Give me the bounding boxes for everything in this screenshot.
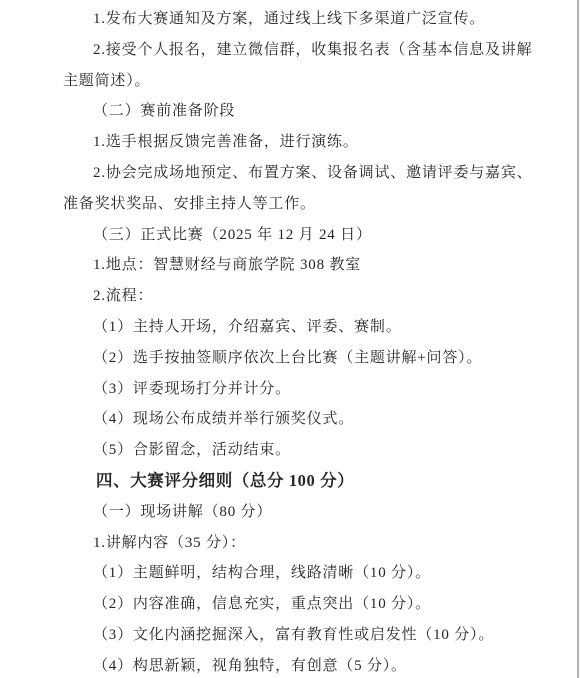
page-edge-line <box>577 0 579 678</box>
paragraph: 1.选手根据反馈完善准备，进行演练。 <box>63 127 541 158</box>
section-heading: 四、大赛评分细则（总分 100 分） <box>63 466 541 497</box>
paragraph: （4）构思新颖，视角独特，有创意（5 分）。 <box>63 651 541 678</box>
paragraph: 2.流程： <box>63 281 541 312</box>
paragraph: （1）主题鲜明，结构合理，线路清晰（10 分）。 <box>63 558 541 589</box>
paragraph: （4）现场公布成绩并举行颁奖仪式。 <box>63 404 541 435</box>
paragraph: （三）正式比赛（2025 年 12 月 24 日） <box>63 220 541 251</box>
paragraph: （二）赛前准备阶段 <box>63 96 541 127</box>
paragraph: （5）合影留念，活动结束。 <box>63 435 541 466</box>
paragraph: 2.协会完成场地预定、布置方案、设备调试、邀请评委与嘉宾、准备奖状奖品、安排主持… <box>63 158 541 220</box>
paragraph: 2.接受个人报名，建立微信群，收集报名表（含基本信息及讲解主题简述）。 <box>63 35 541 97</box>
paragraph: （3）评委现场打分并计分。 <box>63 374 541 405</box>
paragraph: 1.地点：智慧财经与商旅学院 308 教室 <box>63 250 541 281</box>
paragraph: （2）选手按抽签顺序依次上台比赛（主题讲解+问答）。 <box>63 343 541 374</box>
paragraph: （2）内容准确，信息充实，重点突出（10 分）。 <box>63 589 541 620</box>
paragraph: 1.讲解内容（35 分）： <box>63 528 541 559</box>
document-body: 1.发布大赛通知及方案，通过线上线下多渠道广泛宣传。 2.接受个人报名，建立微信… <box>63 4 541 678</box>
paragraph: （3）文化内涵挖掘深入，富有教育性或启发性（10 分）。 <box>63 620 541 651</box>
paragraph: 1.发布大赛通知及方案，通过线上线下多渠道广泛宣传。 <box>63 4 541 35</box>
document-page: 1.发布大赛通知及方案，通过线上线下多渠道广泛宣传。 2.接受个人报名，建立微信… <box>0 0 581 678</box>
paragraph: （1）主持人开场，介绍嘉宾、评委、赛制。 <box>63 312 541 343</box>
paragraph: （一）现场讲解（80 分） <box>63 497 541 528</box>
